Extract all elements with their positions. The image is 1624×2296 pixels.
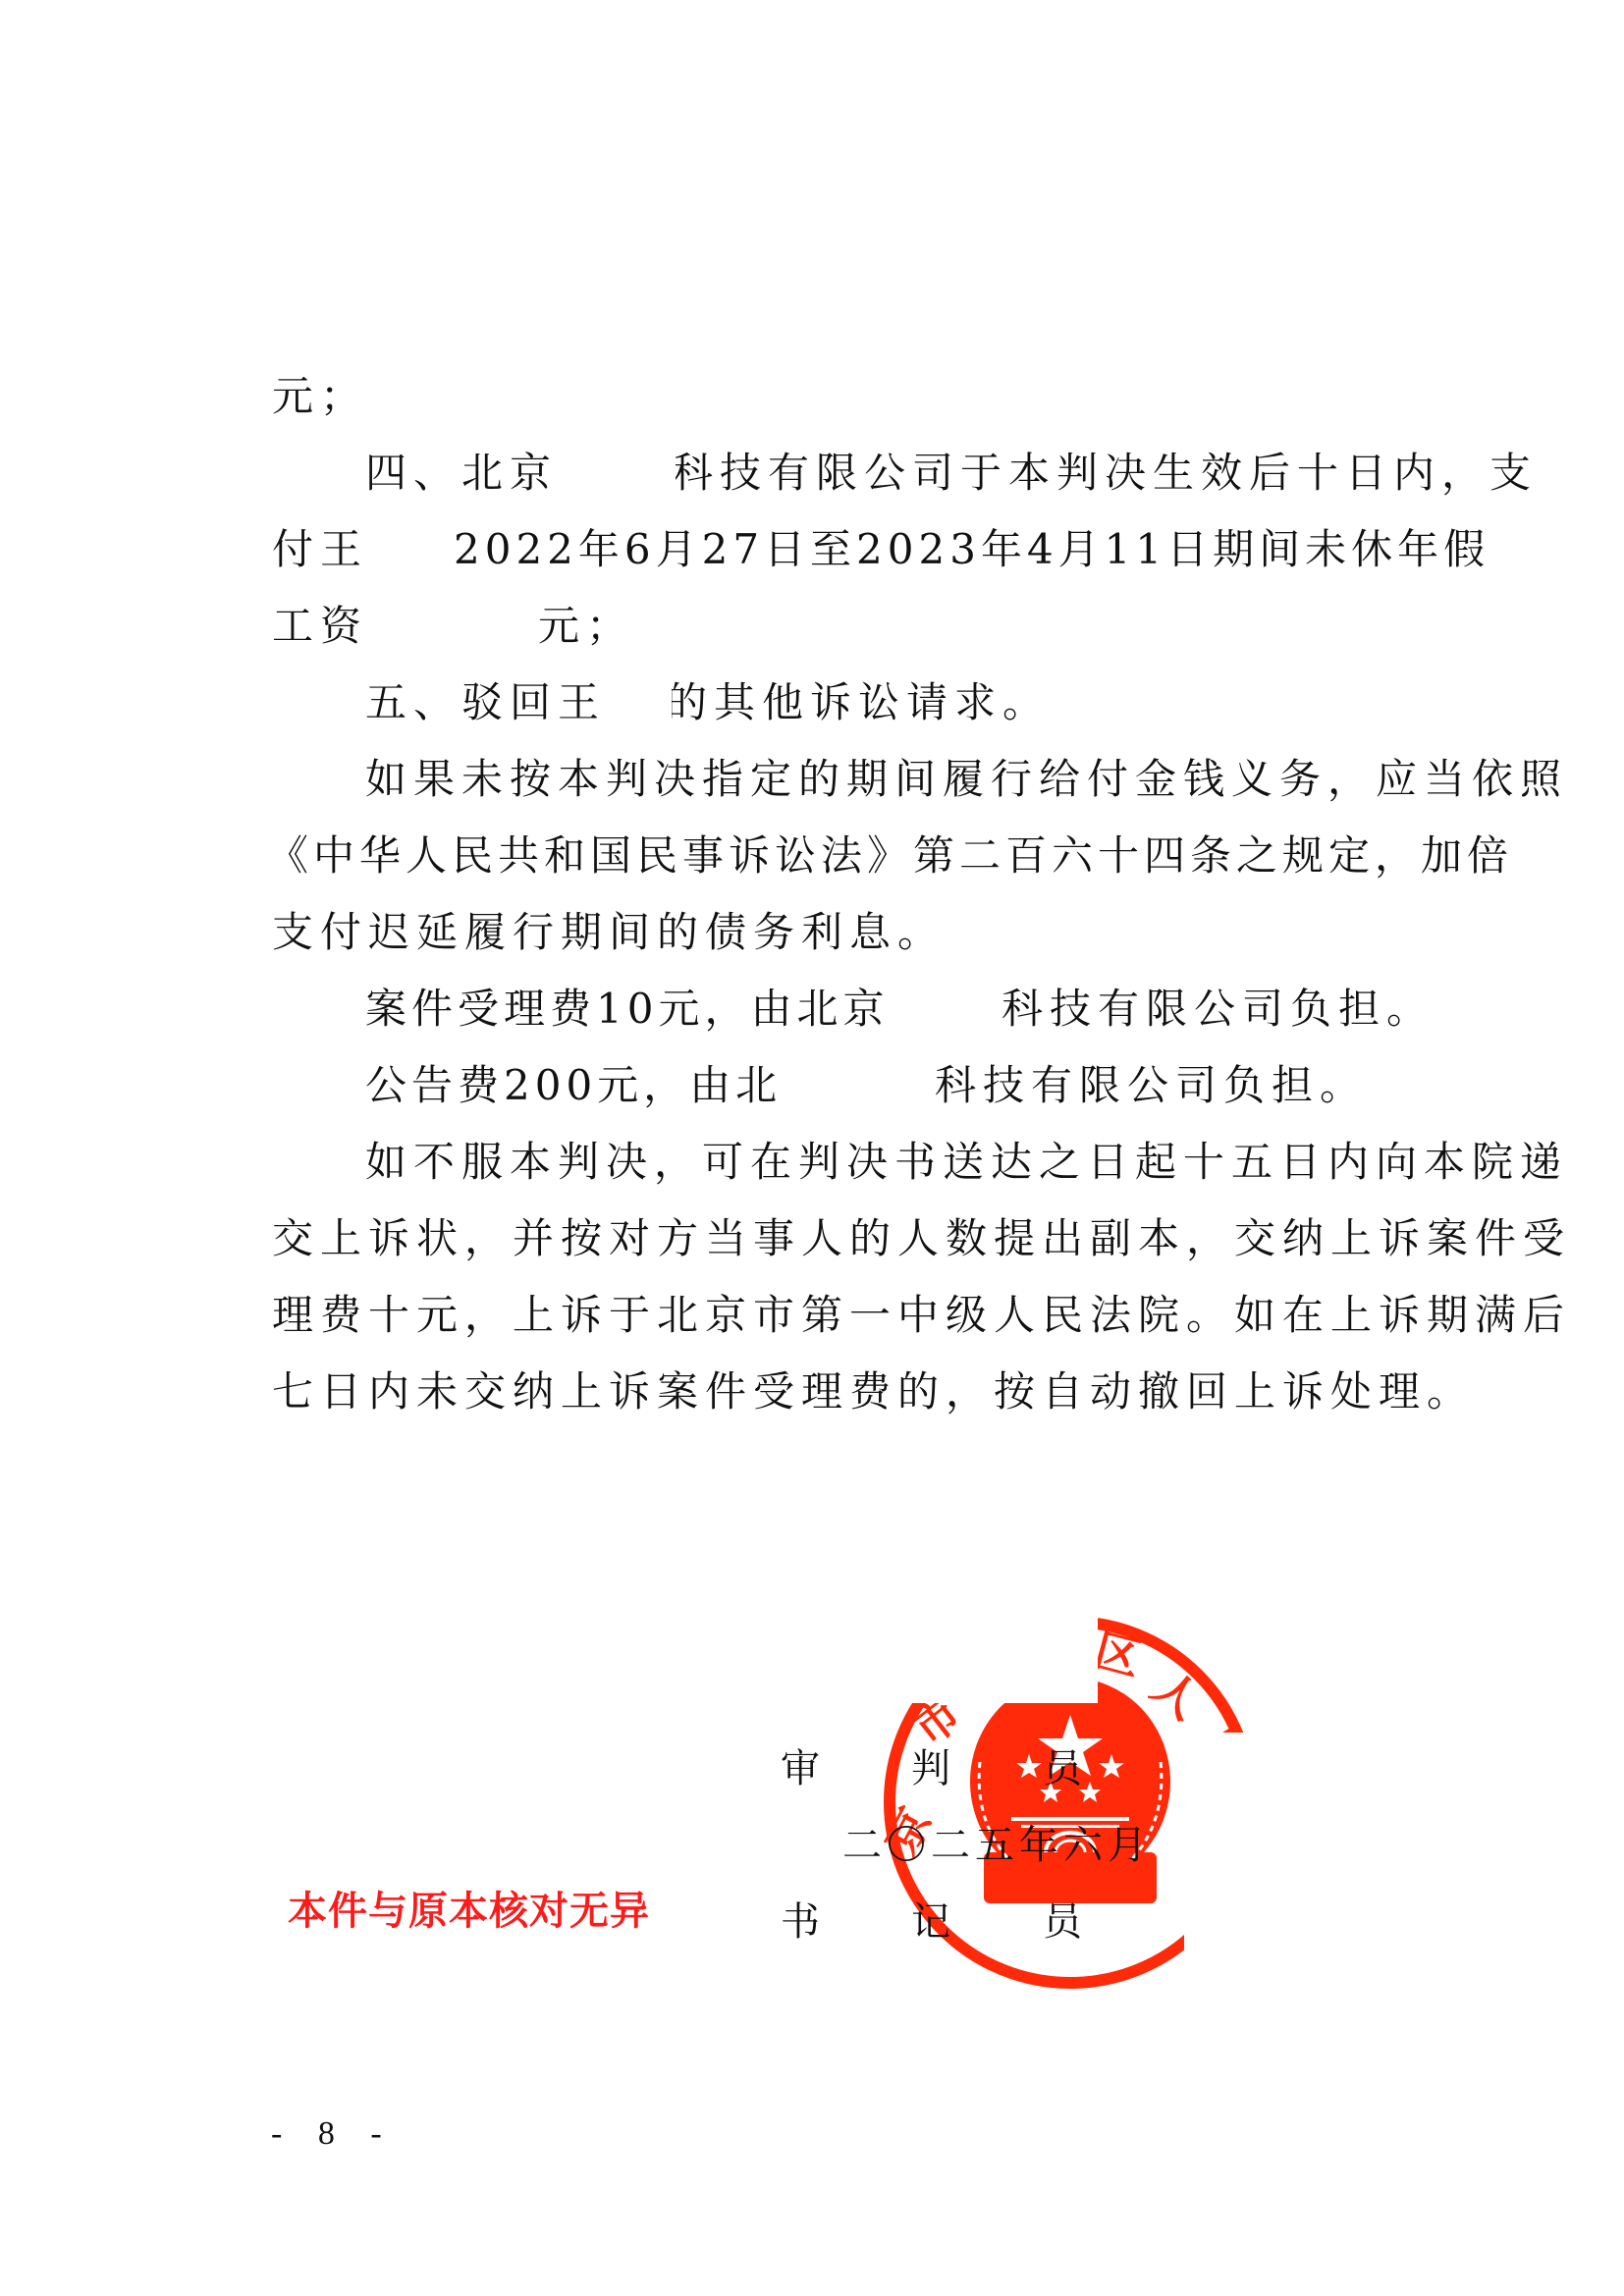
text-segment: 《中华人民共和国民事诉讼法》第二百六十四条之规定，加倍 <box>267 830 1513 881</box>
court-seal-stamp: 京 市 区 人 民 <box>864 1595 1276 2007</box>
judge-label-char: 审 <box>781 1745 820 1792</box>
judge-label-char: 员 <box>1043 1745 1082 1792</box>
document-page: 元； 四、北京 科技有限公司于本判决生效后十日内，支 付王 2022年6月27日… <box>0 0 1624 2296</box>
redaction-box <box>654 448 676 503</box>
text-segment: 付王 <box>272 524 368 575</box>
date-text: 二〇二五年六月三 <box>842 1822 1184 1873</box>
text-segment: 七日内未交纳上诉案件受理费的，按自动撤回上诉处理。 <box>272 1366 1475 1417</box>
page-number: - 8 - <box>271 2115 396 2153</box>
text-segment: 如果未按本判决指定的期间履行给付金钱义务，应当依照 <box>365 754 1568 805</box>
clerk-label-char: 员 <box>1043 1898 1082 1946</box>
text-segment: 四、北京 <box>365 448 558 499</box>
judgment-date: 二〇二五年六月三 <box>842 1822 1184 1873</box>
text-segment: 工资 <box>272 601 368 652</box>
text-segment: 元； <box>272 371 368 422</box>
redaction-box <box>776 1060 835 1115</box>
clerk-label-char: 书 <box>781 1898 820 1946</box>
text-segment: 2022年6月27日至2023年4月11日期间未休年假 <box>454 524 1489 575</box>
text-segment: 五、驳回王 <box>365 677 606 728</box>
text-segment: 案件受理费10元，由北京 <box>365 984 889 1035</box>
text-segment: 公告费200元，由北京 <box>365 1060 828 1111</box>
text-segment: 交上诉状，并按对方当事人的人数提出副本，交纳上诉案件受 <box>272 1213 1571 1264</box>
text-segment: 如不服本判决，可在判决书送达之日起十五日内向本院递 <box>365 1137 1568 1188</box>
redaction-box <box>648 677 672 732</box>
text-segment: 元； <box>538 601 634 652</box>
text-segment: 科技有限公司于本判决生效后十日内，支 <box>672 448 1538 499</box>
text-segment: 理费十元，上诉于北京市第一中级人民法院。如在上诉期满后 <box>272 1290 1571 1341</box>
text-segment: 支付迟延履行期间的债务利息。 <box>272 907 946 958</box>
certification-text: 本件与原本核对无异 <box>288 1880 650 1936</box>
text-segment: 科技有限公司负担。 <box>935 1060 1368 1111</box>
text-segment: 科技有限公司负担。 <box>1001 984 1435 1035</box>
judge-label-char: 判 <box>911 1745 950 1792</box>
clerk-label-char: 记 <box>911 1898 950 1946</box>
text-segment: 的其他诉讼请求。 <box>666 677 1051 728</box>
